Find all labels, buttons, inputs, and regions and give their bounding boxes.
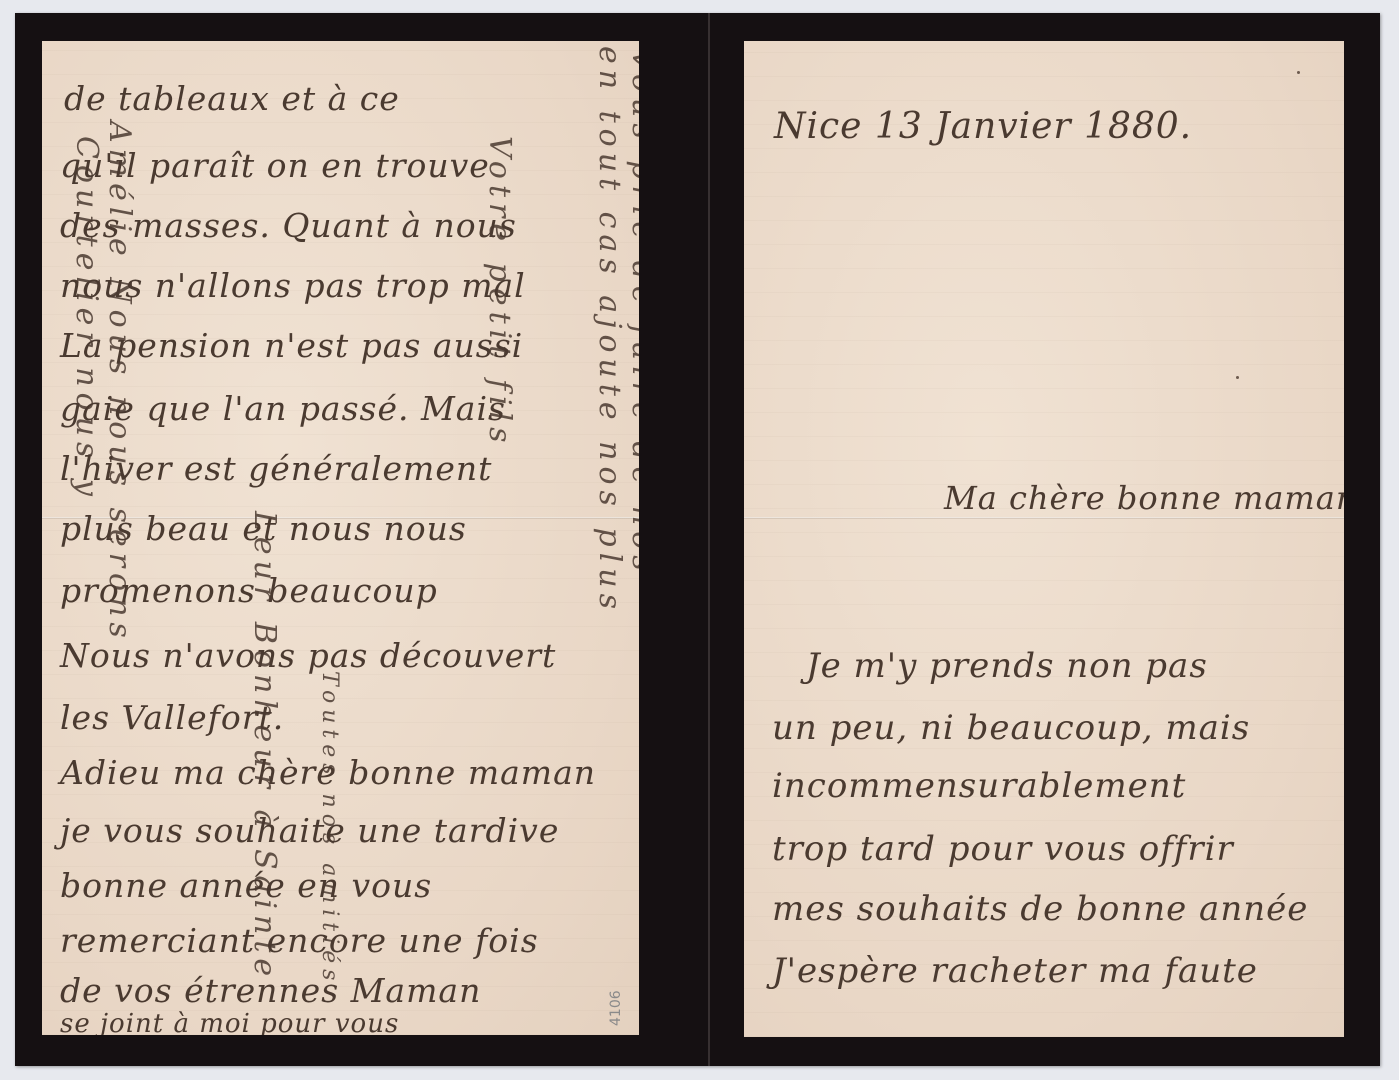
right-page: Nice 13 Janvier 1880. Ma chère bonne mam… <box>744 41 1344 1037</box>
right-line-5: mes souhaits de bonne année <box>772 889 1308 929</box>
cross-writing-col-4: Votre petit fils <box>482 136 517 449</box>
salutation: Ma chère bonne maman <box>944 479 1344 517</box>
right-line-3: incommensurablement <box>772 766 1186 806</box>
left-line-1: de tableaux et à ce <box>64 79 400 118</box>
cross-writing-col-2: Amélie Nous nous serons <box>102 121 137 644</box>
ink-speck <box>1297 71 1300 74</box>
cross-writing-col-1: Courtelier nous y <box>69 136 104 502</box>
pencil-annotation: 4106 <box>608 990 624 1026</box>
right-line-4: trop tard pour vous offrir <box>772 829 1234 869</box>
mourning-letter-sheet: de tableaux et à ce qu'il paraît on en t… <box>15 13 1380 1066</box>
right-line-1: Je m'y prends non pas <box>806 646 1208 686</box>
dateline: Nice 13 Janvier 1880. <box>774 106 1192 147</box>
left-line-17: se joint à moi pour vous <box>60 1009 399 1035</box>
horizontal-fold <box>744 517 1344 519</box>
cross-writing-col-3: Leur Bonheur à Sainte <box>247 511 282 982</box>
cross-writing-col-7: Toutes nos amitiés <box>317 671 342 986</box>
left-line-18: embrasser. <box>64 1033 219 1035</box>
left-line-15: remerciant encore une fois <box>60 921 539 960</box>
center-fold <box>708 13 710 1066</box>
ink-speck <box>1236 376 1239 379</box>
left-line-13: je vous souhaite une tardive <box>60 811 559 850</box>
left-page: de tableaux et à ce qu'il paraît on en t… <box>42 41 639 1035</box>
cross-writing-col-6: vous prie de faire de nos <box>625 51 639 577</box>
right-line-2: un peu, ni beaucoup, mais <box>772 708 1250 748</box>
right-line-6: J'espère racheter ma faute <box>772 951 1258 991</box>
cross-writing-col-5: en tout cas ajoute nos plus <box>592 46 627 615</box>
